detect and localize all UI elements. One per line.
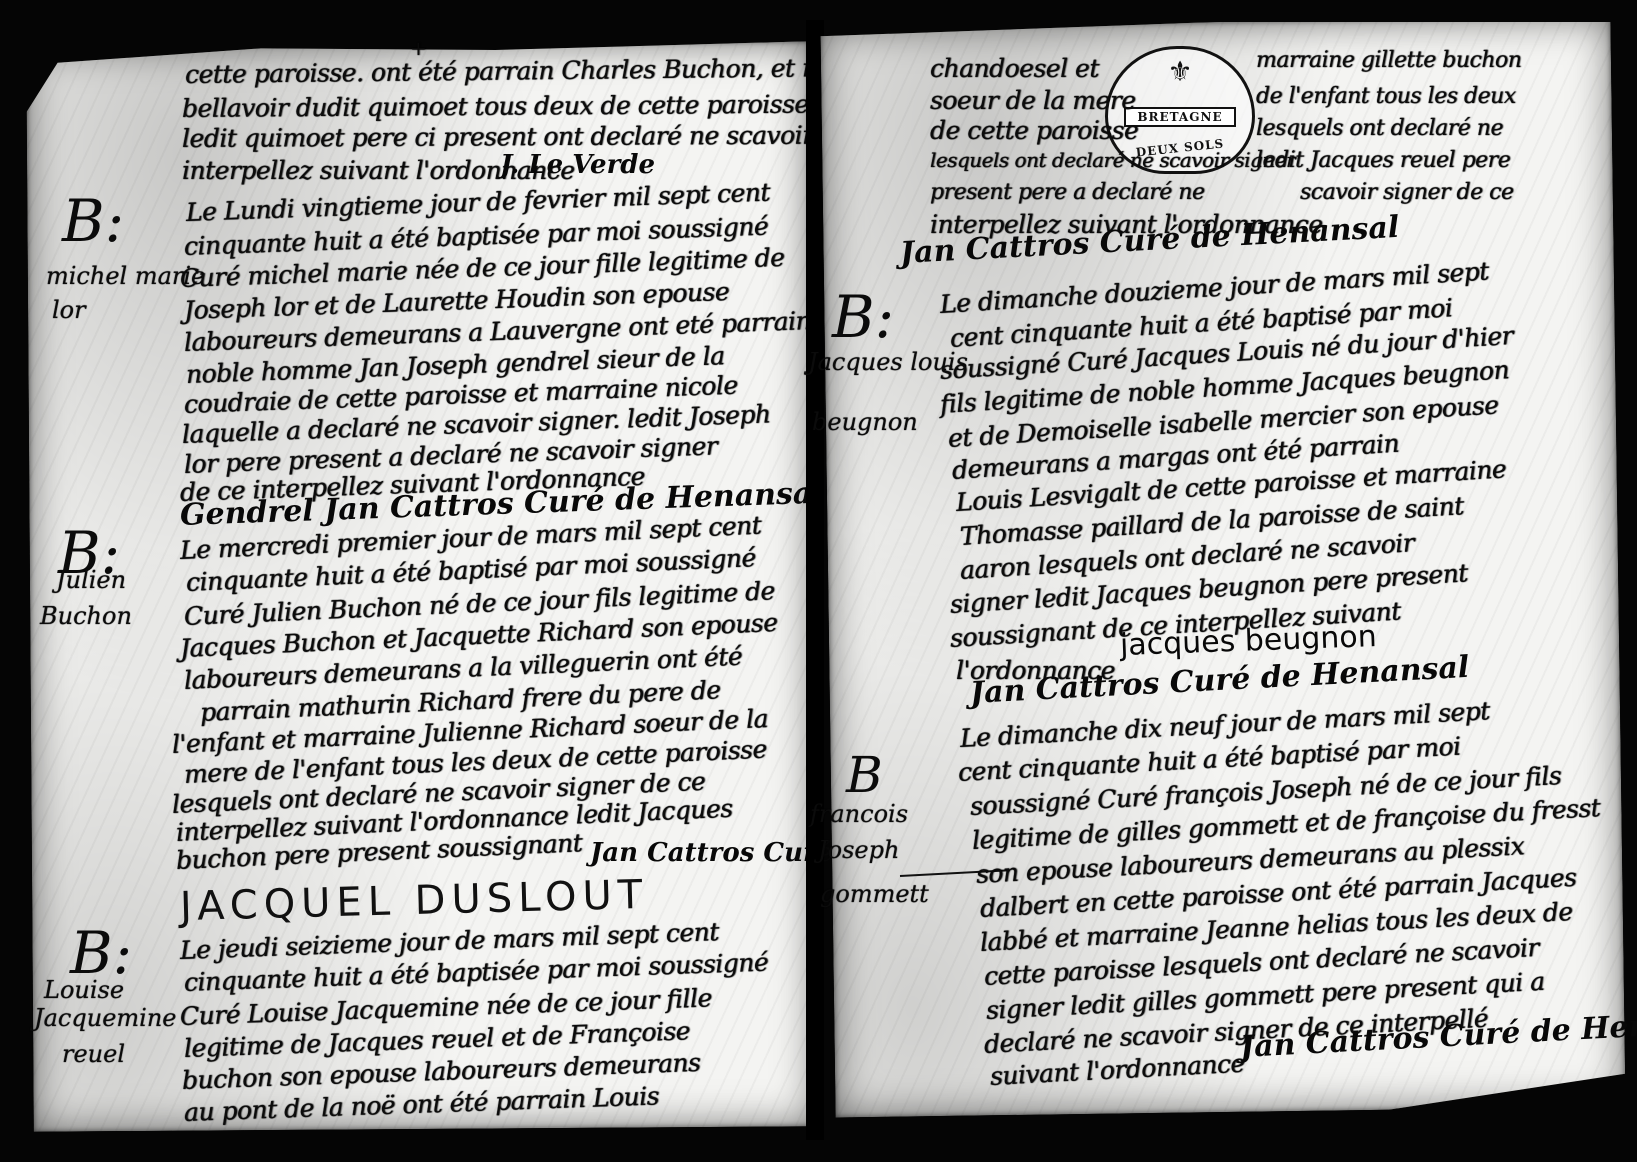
text-line: de l'enfant tous les deux <box>1256 84 1516 109</box>
binding-gutter <box>806 20 824 1140</box>
text-line: scavoir signer de ce <box>1300 180 1514 205</box>
baptism-mark: B: <box>70 924 132 982</box>
margin-name: beugnon <box>812 408 918 436</box>
text-line: soeur de la mere <box>930 86 1136 115</box>
margin-name: Buchon <box>40 602 132 630</box>
margin-name: Joseph <box>818 836 899 864</box>
text-line: lesquels ont declaré ne <box>1256 116 1503 141</box>
signature: J. Le Verde <box>500 150 655 180</box>
margin-name: Jacquemine <box>34 1004 177 1032</box>
margin-name: lor <box>52 296 86 324</box>
baptism-mark: B: <box>832 288 894 346</box>
text-line: present pere a declaré ne <box>930 180 1204 205</box>
margin-name: gommett <box>820 880 929 908</box>
margin-name: Julien <box>56 566 126 594</box>
stamp-region: BRETAGNE <box>1124 107 1236 127</box>
margin-name: francois <box>810 800 908 828</box>
text-line: ledit Jacques reuel pere <box>1256 148 1510 173</box>
text-line: chandoesel et <box>930 54 1099 83</box>
page-marker: + <box>410 36 426 60</box>
margin-name: reuel <box>62 1040 125 1068</box>
margin-name: Louise <box>44 976 124 1004</box>
baptism-mark: B: <box>62 192 124 250</box>
register-spread: + cette paroisse. ont été parrain Charle… <box>0 0 1637 1162</box>
text-line: marraine gillette buchon <box>1256 48 1521 73</box>
text-line: lesquels ont declaré ne scavoir signer <box>930 148 1295 172</box>
text-line: de cette paroisse <box>930 116 1138 145</box>
baptism-mark: B <box>846 750 883 800</box>
fleur-de-lis-ermine-crest-icon: ⚜ <box>1167 55 1192 88</box>
